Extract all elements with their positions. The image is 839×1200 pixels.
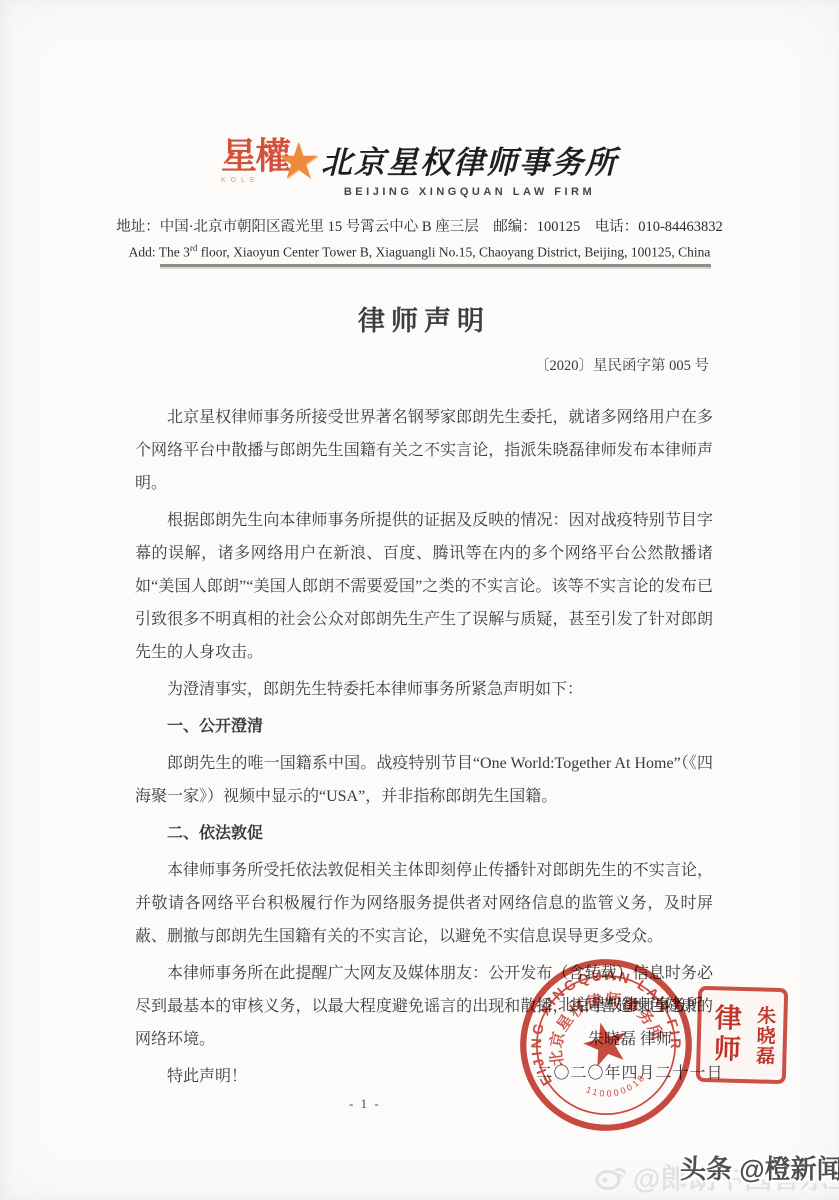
firm-name-english: BEIJING XINGQUAN LAW FIRM (321, 186, 618, 198)
star-icon: ★ (276, 136, 321, 186)
svg-text:110000018: 110000018 (583, 1070, 651, 1105)
firm-name-chinese: 北京星权律师事务所 (321, 137, 618, 182)
toutiao-watermark: 头条 @橙新闻 (680, 1149, 839, 1186)
letterhead-address: 地址：中国·北京市朝阳区霞光里 15 号霄云中心 B 座三层 邮编：100125… (0, 215, 839, 261)
paragraph: 北京星权律师事务所接受世界著名钢琴家郎朗先生委托，就诸多网络用户在多个网络平台中… (135, 401, 713, 500)
seal-star-icon (579, 1017, 632, 1068)
letterhead: 星權 KOLE ★ 北京星权律师事务所 BEIJING XINGQUAN LAW… (0, 134, 839, 200)
square-seal: 律师 朱晓磊 (696, 986, 788, 1084)
section-heading-2: 二、依法敦促 (135, 817, 713, 850)
square-seal-title: 律师 (706, 1003, 747, 1066)
paragraph: 本律师事务所受托依法敦促相关主体即刻停止传播针对郎朗先生的不实言论，并敬请各网络… (135, 854, 713, 953)
address-chinese: 地址：中国·北京市朝阳区霞光里 15 号霄云中心 B 座三层 邮编：100125… (0, 215, 839, 236)
document-number: 〔2020〕星民函字第 005 号 (135, 354, 709, 375)
page-title: 律师声明 (135, 299, 713, 338)
document-page: 星權 KOLE ★ 北京星权律师事务所 BEIJING XINGQUAN LAW… (0, 0, 839, 1200)
paragraph: 为澄清事实，郎朗先生特委托本律师事务所紧急声明如下： (135, 673, 713, 706)
seal-registration-number: 110000018 (583, 1070, 651, 1105)
address-english: Add: The 3rd floor, Xiaoyun Center Tower… (0, 243, 839, 261)
page-number: - 1 - (349, 1096, 381, 1112)
square-seal-name: 朱晓磊 (750, 1005, 779, 1066)
paragraph: 根据郎朗先生向本律师事务所提供的证据及反映的情况：因对战疫特别节目字幕的误解，诸… (135, 504, 713, 669)
weibo-icon (594, 1164, 628, 1190)
firm-logo: 星權 KOLE ★ (221, 134, 307, 200)
letterhead-divider (160, 264, 711, 267)
section-heading-1: 一、公开澄清 (135, 710, 713, 743)
paragraph: 郎朗先生的唯一国籍系中国。战疫特别节目“One World:Together A… (135, 747, 713, 813)
